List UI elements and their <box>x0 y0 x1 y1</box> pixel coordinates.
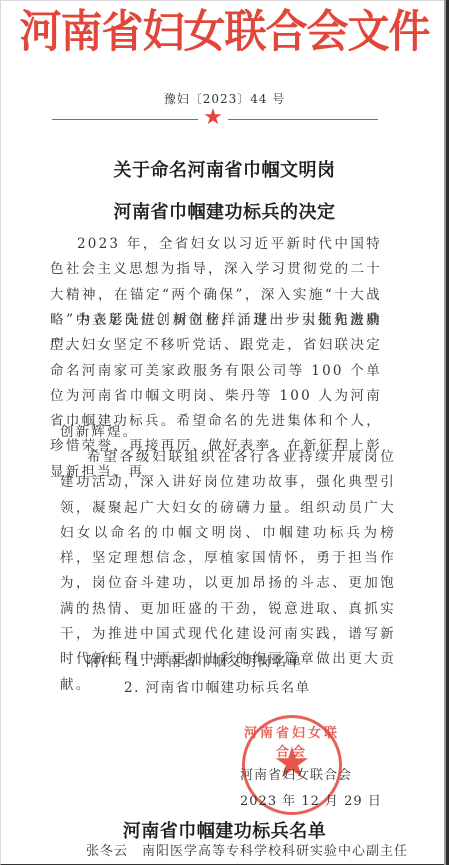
person-position: 南阳医学高等专科学校科研实验中心副主任 <box>142 844 408 859</box>
paragraph-text: 创新辉煌。 <box>60 420 392 445</box>
document-masthead: 河南省妇女联合会文件 <box>0 3 449 62</box>
red-divider-right <box>228 119 378 120</box>
attachments: 附件：1. 河南省巾帼文明岗名单 <box>86 650 303 670</box>
body-paragraph-2-continued: 创新辉煌。 <box>60 420 392 445</box>
star-icon: ★ <box>202 107 224 129</box>
attachment-item-1: 1. 河南省巾帼文明岗名单 <box>131 654 303 670</box>
person-name: 张冬云 <box>86 844 128 859</box>
decision-title-line2: 河南省巾帼建功标兵的决定 <box>0 198 449 224</box>
attachment-item-2: 2. 河南省巾帼建功标兵名单 <box>124 676 311 696</box>
attachment-label: 附件： <box>86 654 131 670</box>
decision-title-line1: 关于命名河南省巾帼文明岗 <box>0 156 449 182</box>
signature-date: 2023 年 12 月 29 日 <box>240 790 382 809</box>
list-item: 张冬云南阳医学高等专科学校科研实验中心副主任 <box>86 840 408 859</box>
red-divider-left <box>52 119 198 120</box>
signer-organization: 河南省妇女联合会 <box>240 764 352 783</box>
document-number: 豫妇〔2023〕44 号 <box>0 90 449 107</box>
